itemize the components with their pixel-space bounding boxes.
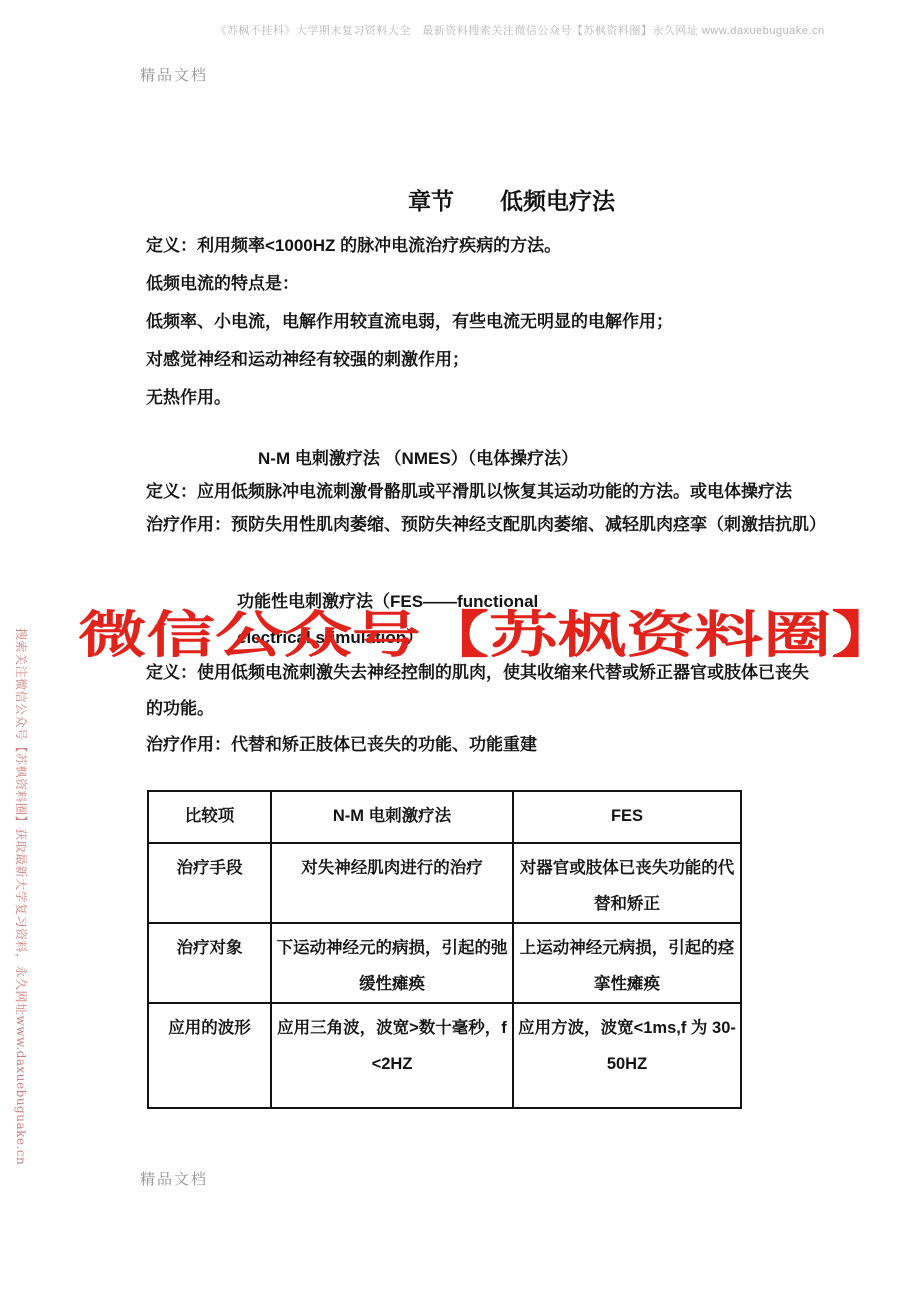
paragraph: 低频电流的特点是： [146, 265, 866, 303]
table-header-row: 比较项 N-M 电刺激疗法 FES [148, 791, 741, 843]
table-cell: 应用三角波，波宽>数十毫秒，f <2HZ [271, 1003, 513, 1108]
center-watermark: 微信公众号【苏枫资料圈】 [78, 610, 900, 660]
doc-quality-label-bottom: 精品文档 [140, 1168, 208, 1189]
table-cell: 对器官或肢体已丧失功能的代替和矫正 [513, 843, 741, 923]
paragraph: 治疗作用：预防失用性肌肉萎缩、预防失神经支配肌肉萎缩、减轻肌肉痉挛（刺激拮抗肌） [146, 508, 866, 541]
promo-header: 《苏枫不挂科》大学期末复习资料大全 最新资料搜索关注微信公众号【苏枫资料圈】永久… [0, 22, 918, 38]
paragraph: 对感觉神经和运动神经有较强的刺激作用； [146, 341, 866, 379]
table-row: 治疗对象 下运动神经元的病损，引起的弛缓性瘫痪 上运动神经元病损，引起的痉挛性瘫… [148, 923, 741, 1003]
intro-section: 定义：利用频率<1000HZ 的脉冲电流治疗疾病的方法。 低频电流的特点是： 低… [146, 227, 866, 417]
nmes-section-heading: N-M 电刺激疗法 （NMES）（电体操疗法） [258, 444, 578, 469]
table-header-cell: 比较项 [148, 791, 271, 843]
table-cell: 下运动神经元的病损，引起的弛缓性瘫痪 [271, 923, 513, 1003]
table-row: 治疗手段 对失神经肌肉进行的治疗 对器官或肢体已丧失功能的代替和矫正 [148, 843, 741, 923]
paragraph: 无热作用。 [146, 379, 866, 417]
table-header-cell: N-M 电刺激疗法 [271, 791, 513, 843]
table-cell: 对失神经肌肉进行的治疗 [271, 843, 513, 923]
table-cell: 应用的波形 [148, 1003, 271, 1108]
fes-section: 定义：使用低频电流刺激失去神经控制的肌肉，使其收缩来代替或矫正器官或肢体已丧失 … [146, 655, 866, 763]
doc-quality-label-top: 精品文档 [140, 64, 208, 85]
table-cell: 上运动神经元病损，引起的痉挛性瘫痪 [513, 923, 741, 1003]
table-cell: 应用方波，波宽<1ms,f 为 30-50HZ [513, 1003, 741, 1108]
paragraph: 的功能。 [146, 691, 866, 727]
paragraph: 低频率、小电流，电解作用较直流电弱，有些电流无明显的电解作用； [146, 303, 866, 341]
side-watermark: 搜索关注微信公众号【苏枫资料圈】获取最新大学复习资料，永久网址www.daxue… [12, 628, 30, 1165]
paragraph: 定义：利用频率<1000HZ 的脉冲电流治疗疾病的方法。 [146, 227, 866, 265]
paragraph: 定义：应用低频脉冲电流刺激骨骼肌或平滑肌以恢复其运动功能的方法。或电体操疗法 [146, 475, 866, 508]
nmes-section: 定义：应用低频脉冲电流刺激骨骼肌或平滑肌以恢复其运动功能的方法。或电体操疗法 治… [146, 475, 866, 541]
table-row: 应用的波形 应用三角波，波宽>数十毫秒，f <2HZ 应用方波，波宽<1ms,f… [148, 1003, 741, 1108]
paragraph: 治疗作用：代替和矫正肢体已丧失的功能、功能重建 [146, 727, 866, 763]
table-header-cell: FES [513, 791, 741, 843]
document-page: 《苏枫不挂科》大学期末复习资料大全 最新资料搜索关注微信公众号【苏枫资料圈】永久… [0, 0, 918, 1298]
comparison-table: 比较项 N-M 电刺激疗法 FES 治疗手段 对失神经肌肉进行的治疗 对器官或肢… [147, 790, 742, 1109]
table-cell: 治疗手段 [148, 843, 271, 923]
page-title: 章节 低频电疗法 [408, 183, 615, 216]
table-cell: 治疗对象 [148, 923, 271, 1003]
